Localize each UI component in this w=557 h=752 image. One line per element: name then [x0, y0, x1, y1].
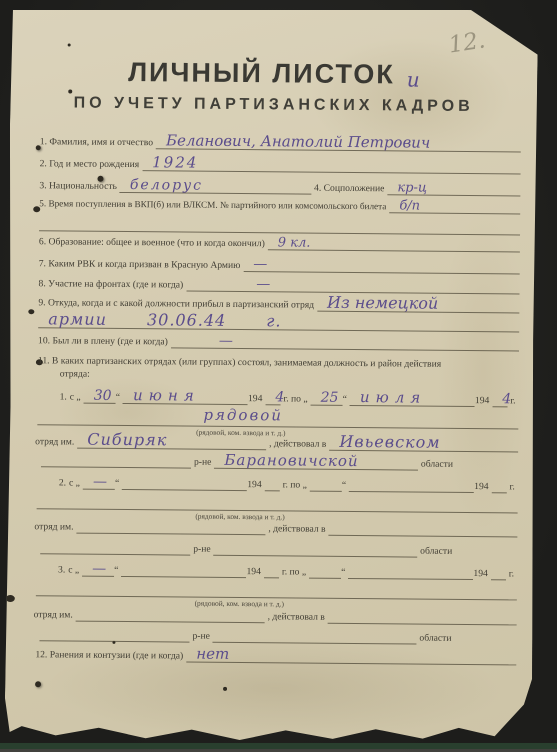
paper-hole	[35, 681, 41, 687]
service-entry-3-unit: отряд им. , действовал в	[34, 604, 517, 625]
document-header: ЛИЧНЫЙ ЛИСТОКи	[10, 56, 537, 92]
handwritten-unit-name: Сибиряк	[87, 432, 167, 449]
paper-speck	[223, 687, 227, 691]
field-rvk: 7. Каким РВК и когда призван в Красную А…	[39, 253, 520, 274]
field-arrival-line2: армии 30.06.44 г.	[38, 311, 519, 332]
service-entry-3-region: р-не области	[39, 624, 454, 645]
ruled-line	[41, 466, 191, 468]
service-entry-1-dates: 1. с „ 30 “ июня 194 4 г. по „ 25 “ июля…	[60, 386, 519, 407]
ruled-line: 4	[265, 404, 280, 405]
field-label: 4. Соцположение	[311, 184, 387, 196]
ruled-line: 25	[311, 405, 343, 406]
field-captivity: 10. Был ли в плену (где и когда) —	[38, 330, 519, 351]
printed-label: , действовал в	[265, 524, 328, 536]
ruled-line	[310, 491, 342, 492]
ruled-line	[329, 535, 518, 538]
ruled-line: нет	[186, 662, 516, 666]
handwritten-value: —	[256, 277, 270, 291]
entry-number: 2.	[59, 478, 69, 489]
printed-label: с „	[69, 478, 83, 489]
handwritten-value: армии 30.06.44 г.	[48, 311, 281, 329]
ruled-line	[264, 577, 279, 578]
ruled-line: б/п	[389, 212, 520, 214]
ruled-line	[122, 489, 247, 491]
handwritten-position: рядовой	[203, 406, 283, 425]
printed-label: области	[417, 546, 455, 557]
printed-label: г.	[506, 569, 517, 580]
handwritten-value: 9 кл.	[278, 236, 311, 249]
entry-number: 1.	[60, 392, 70, 403]
printed-label: р-не	[191, 457, 214, 468]
handwritten-month: июля	[360, 390, 426, 406]
handwritten-value: Из немецкой	[327, 295, 438, 312]
printed-label: , действовал в	[266, 439, 329, 451]
printed-label: области	[416, 633, 454, 644]
handwritten-value: б/п	[399, 199, 420, 212]
handwritten-value: белорус	[130, 178, 203, 193]
ruled-line: июля	[350, 405, 475, 407]
entry-number: 3.	[58, 565, 68, 576]
document-title: ЛИЧНЫЙ ЛИСТОК	[128, 57, 395, 89]
field-label: 3. Национальность	[39, 181, 120, 193]
printed-label: с „	[70, 392, 84, 403]
field-label: 6. Образование: общее и военное (что и к…	[39, 237, 268, 250]
ruled-line	[76, 533, 265, 536]
ruled-line: Беланович, Анатолий Петрович	[156, 148, 521, 152]
ruled-line: —	[243, 271, 519, 274]
handwritten-day: —	[92, 562, 106, 576]
ruled-line	[40, 553, 190, 555]
ruled-line: 4	[492, 406, 507, 407]
printed-label: р-не	[189, 631, 212, 642]
field-label: 10. Был ли в плену (где и когда)	[38, 336, 171, 348]
service-entry-1-region: р-не Барановичской области	[41, 450, 456, 471]
ruled-line: Барановичской	[214, 468, 418, 471]
printed-label: отряд им.	[34, 522, 76, 533]
printed-label: “	[114, 566, 121, 577]
ruled-line	[265, 490, 280, 491]
field-units-label: 11. В каких партизанских отрядах (или гр…	[38, 355, 441, 370]
handwritten-region: Барановичской	[224, 453, 358, 469]
ruled-line	[309, 578, 341, 579]
handwritten-day: 25	[321, 391, 339, 405]
printed-label: “	[342, 481, 349, 492]
ruled-line: —	[171, 347, 519, 351]
printed-label: г. по „	[279, 567, 309, 578]
field-label: 2. Год и место рождения	[40, 159, 143, 171]
document-subtitle: ПО УЧЕТУ ПАРТИЗАНСКИХ КАДРОВ	[10, 94, 537, 117]
ruled-line: 30	[84, 403, 116, 404]
field-fronts: 8. Участие на фронтах (где и когда) —	[39, 273, 520, 294]
field-units-label2: отряда:	[60, 368, 90, 379]
printed-label: “	[343, 395, 350, 406]
handwritten-month: июня	[133, 388, 200, 404]
ruled-line: 9 кл.	[268, 249, 520, 252]
handwritten-value: Беланович, Анатолий Петрович	[166, 133, 430, 150]
ruled-line	[214, 555, 418, 558]
ruled-line	[492, 492, 507, 493]
handwritten-year-digit: 4	[275, 390, 284, 404]
handwritten-mark: и	[407, 67, 420, 91]
printed-label: г. по „	[280, 480, 310, 491]
ruled-line	[213, 642, 417, 645]
field-label: 8. Участие на фронтах (где и когда)	[39, 279, 187, 291]
scan-background: 12. ЛИЧНЫЙ ЛИСТОКи ПО УЧЕТУ ПАРТИЗАНСКИХ…	[0, 0, 557, 752]
printed-label: 194	[474, 482, 491, 493]
paper-speck	[68, 43, 71, 46]
printed-label: “	[115, 479, 122, 490]
printed-label: “	[341, 568, 348, 579]
service-entry-2-region: р-не области	[40, 537, 455, 558]
printed-label: , действовал в	[265, 612, 328, 624]
ruled-line	[491, 579, 506, 580]
field-wounds: 12. Ранения и контузии (где и когда) нет	[35, 644, 516, 665]
handwritten-value: —	[253, 257, 267, 271]
ruled-line	[76, 621, 265, 624]
field-family-name: 1. Фамилия, имя и отчество Беланович, Ан…	[40, 131, 521, 152]
printed-label: г.	[507, 482, 518, 493]
ruled-line: июня	[123, 403, 248, 405]
printed-label: отряд им.	[34, 610, 76, 621]
handwritten-value: —	[219, 334, 233, 348]
printed-label: отряд им.	[35, 437, 77, 448]
printed-label: г. по „	[280, 394, 310, 405]
service-entry-2-dates: 2. с „ — “ 194 г. по „ “ 194 г.	[59, 472, 518, 493]
field-party: 5. Время поступления в ВКП(б) или ВЛКСМ.…	[39, 193, 520, 214]
printed-label: 194	[475, 396, 492, 407]
service-entry-1-unit: отряд им. Сибиряк , действовал в Ивьевск…	[35, 431, 518, 452]
ruled-line	[348, 578, 473, 580]
paper-hole	[28, 309, 34, 314]
ruled-line: —	[82, 576, 114, 577]
field-label: 1. Фамилия, имя и отчество	[40, 137, 156, 149]
printed-label: 194	[248, 394, 265, 405]
service-entry-3-dates: 3. с „ — “ 194 г. по „ “ 194 г.	[58, 559, 517, 580]
paper-speck	[68, 90, 72, 94]
printed-label: 194	[247, 480, 264, 491]
handwritten-value: 1924	[152, 155, 198, 170]
field-label: 5. Время поступления в ВКП(б) или ВЛКСМ.…	[39, 200, 389, 214]
printed-label: 194	[246, 567, 263, 578]
ruled-line: 1924	[142, 170, 520, 174]
printed-label: 194	[473, 569, 490, 580]
handwritten-value: нет	[196, 647, 229, 662]
field-label: 12. Ранения и контузии (где и когда)	[35, 650, 186, 662]
field-education: 6. Образование: общее и военное (что и к…	[39, 231, 520, 252]
field-label: 7. Каким РВК и когда призван в Красную А…	[39, 259, 244, 272]
handwritten-year-digit: 4	[502, 392, 511, 406]
printed-label: р-не	[190, 544, 213, 555]
handwritten-value: кр-ц	[397, 181, 427, 194]
handwritten-day: —	[93, 475, 107, 489]
page-number-handwritten: 12.	[447, 27, 487, 58]
document-paper: 12. ЛИЧНЫЙ ЛИСТОКи ПО УЧЕТУ ПАРТИЗАНСКИХ…	[5, 6, 538, 752]
ruled-line: —	[83, 489, 115, 490]
printed-label: “	[116, 393, 123, 404]
handwritten-day: 30	[94, 389, 112, 403]
handwritten-acted-in: Ивьевском	[339, 434, 440, 451]
ruled-line	[121, 576, 246, 578]
printed-label: с „	[68, 565, 82, 576]
field-birth: 2. Год и место рождения 1924	[40, 153, 521, 174]
service-entry-2-unit: отряд им. , действовал в	[34, 516, 517, 537]
ruled-line	[328, 623, 517, 626]
ruled-line	[349, 491, 474, 493]
printed-label: области	[418, 459, 456, 470]
